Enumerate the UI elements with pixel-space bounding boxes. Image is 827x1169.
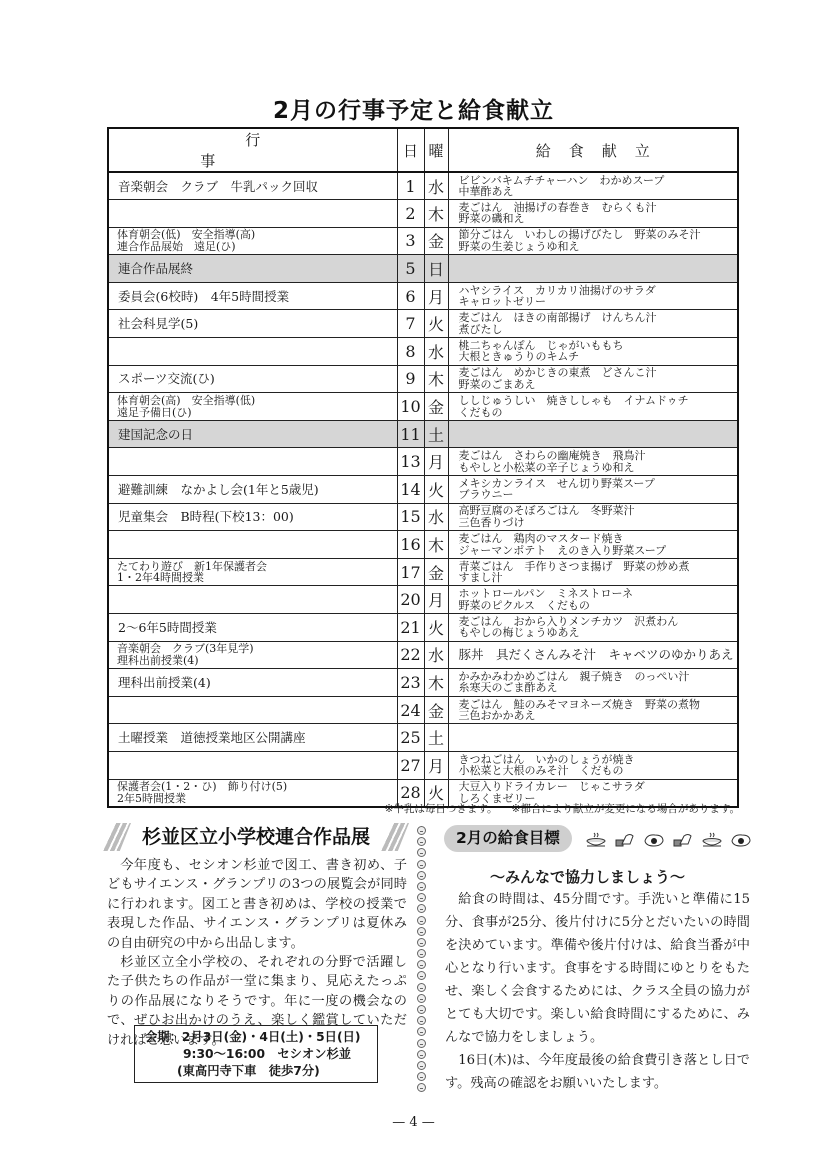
day-cell: 15 [397,503,424,531]
menu-cell: 桃二ちゃんぽん じゃがいももち大根ときゅうりのキムチ [448,338,738,366]
event-text: 2年5時間授業 [117,793,397,805]
face-icon [417,1027,426,1036]
menu-text: ブラウニー [459,489,738,501]
lunch-goal-slogan: ～みんなで協力しましょう～ [430,866,745,887]
soup-bowl-icon [701,832,723,848]
weekday-cell: 水 [424,338,448,366]
day-cell: 6 [397,282,424,310]
table-row: 13月麦ごはん さわらの幽庵焼き 飛鳥汁もやしと小松菜の辛子じょうゆ和え [108,448,738,476]
day-cell: 17 [397,558,424,586]
menu-cell: メキシカンライス せん切り野菜スープブラウニー [448,476,738,504]
weekday-cell: 日 [424,255,448,283]
table-row: 20月ホットロールパン ミネストローネ野菜のピクルス くだもの [108,586,738,614]
menu-text: 三色おかかあえ [459,710,738,722]
table-row: 避難訓練 なかよし会(1年と5歳児)14火メキシカンライス せん切り野菜スープブ… [108,476,738,504]
event-cell [108,200,397,228]
event-text: 理科出前授業(4) [117,655,397,667]
event-text: 建国記念の日 [118,428,397,441]
table-row: 2木麦ごはん 油揚げの春巻き むらくも汁野菜の磯和え [108,200,738,228]
weekday-cell: 金 [424,558,448,586]
schedule-table: 行 事 日 曜 給食献立 音楽朝会 クラブ 牛乳パック回収1水ビビンバキムチチャ… [107,127,739,808]
menu-cell: 豚丼 具だくさんみそ汁 キャベツのゆかりあえ [448,641,738,669]
day-cell: 16 [397,531,424,559]
table-row: たてわり遊び 新1年保護者会1・2年4時間授業17金青菜ごはん 手作りさつま揚げ… [108,558,738,586]
face-icon-divider [417,826,428,1095]
table-row: 24金麦ごはん 鮭のみそマヨネーズ焼き 野菜の煮物三色おかかあえ [108,696,738,724]
day-cell: 8 [397,338,424,366]
day-cell: 11 [397,420,424,448]
face-icon [417,1061,426,1070]
menu-text: すまし汁 [459,572,738,584]
lunch-goal-heading: 2月の給食目標 [444,825,754,853]
venue-dates: 会期：2月3日(金)・4日(土)・5日(日) [145,1030,361,1044]
event-text: 委員会(6校時) 4年5時間授業 [118,290,397,303]
face-icon [417,860,426,869]
day-cell: 23 [397,669,424,697]
table-row: 土曜授業 道徳授業地区公開講座25土 [108,724,738,752]
table-row: 体育朝会(高) 安全指導(低)遠足予備日(ひ)10金ししじゅうしい 焼きししゃも… [108,393,738,421]
bread-icon [614,832,636,848]
event-cell: 体育朝会(低) 安全指導(高)連合作品展始 遠足(ひ) [108,227,397,255]
weekday-cell: 月 [424,586,448,614]
menu-text: 小松菜と大根のみそ汁 くだもの [459,765,738,777]
event-cell [108,531,397,559]
face-icon [417,893,426,902]
event-cell [108,751,397,779]
event-cell [108,338,397,366]
menu-text: 野菜の生姜じょうゆ和え [459,241,738,253]
stripe-decoration-icon [103,823,131,851]
face-icon [417,826,426,835]
table-row: 社会科見学(5)7火麦ごはん ほきの南部揚げ けんちん汁煮びたし [108,310,738,338]
event-text: 保護者会(1・2・ひ) 飾り付け(5) [117,781,397,793]
event-text: 1・2年4時間授業 [117,572,397,584]
event-cell: 委員会(6校時) 4年5時間授業 [108,282,397,310]
table-row: 16木麦ごはん 鶏肉のマスタード焼きジャーマンポテト えのき入り野菜スープ [108,531,738,559]
face-icon [417,882,426,891]
weekday-cell: 火 [424,310,448,338]
schedule-body: 音楽朝会 クラブ 牛乳パック回収1水ビビンバキムチチャーハン わかめスープ中華酢… [108,172,738,807]
menu-cell: 麦ごはん 鮭のみそマヨネーズ焼き 野菜の煮物三色おかかあえ [448,696,738,724]
table-row: 児童集会 B時程(下校13：00)15水高野豆腐のそぼろごはん 冬野菜汁三色香り… [108,503,738,531]
day-cell: 3 [397,227,424,255]
exhibition-paragraph: 今年度も、セシオン杉並で図工、書き初め、子どもサイエンス・グランプリの3つの展覧… [107,856,407,953]
weekday-cell: 木 [424,531,448,559]
exhibition-title: 杉並区立小学校連合作品展 [133,822,379,852]
page-number: — 4 — [0,1115,827,1130]
table-row: 体育朝会(低) 安全指導(高)連合作品展始 遠足(ひ)3金節分ごはん いわしの揚… [108,227,738,255]
face-icon [417,871,426,880]
footnote-milk: ※牛乳は毎日つきます。 [385,803,498,815]
menu-cell: ビビンバキムチチャーハン わかめスープ中華酢あえ [448,172,738,200]
menu-cell: 青菜ごはん 手作りさつま揚げ 野菜の炒め煮すまし汁 [448,558,738,586]
menu-cell: 麦ごはん めかじきの東煮 どさんこ汁野菜のごまあえ [448,365,738,393]
exhibition-heading: 杉並区立小学校連合作品展 [103,822,403,852]
event-text: スポーツ交流(ひ) [118,372,397,385]
menu-cell [448,724,738,752]
menu-cell: ハヤシライス カリカリ油揚げのサラダキャロットゼリー [448,282,738,310]
menu-text: 豚丼 具だくさんみそ汁 キャベツのゆかりあえ [459,649,738,661]
face-icon [417,927,426,936]
day-cell: 14 [397,476,424,504]
event-cell: 保護者会(1・2・ひ) 飾り付け(5)2年5時間授業 [108,779,397,807]
day-cell: 21 [397,614,424,642]
face-icon [417,1039,426,1048]
stripe-decoration-icon [381,823,409,851]
menu-text: キャロットゼリー [459,296,738,308]
face-icon [417,949,426,958]
event-text: 土曜授業 道徳授業地区公開講座 [118,731,397,744]
event-text: 2～6年5時間授業 [118,621,397,634]
event-cell: 建国記念の日 [108,420,397,448]
table-row: 建国記念の日11土 [108,420,738,448]
menu-text: 麦ごはん さわらの幽庵焼き 飛鳥汁 [459,450,738,462]
table-row: 連合作品展終5日 [108,255,738,283]
menu-text: もやしの梅じょうゆあえ [459,627,738,639]
event-cell [108,448,397,476]
menu-cell: 麦ごはん ほきの南部揚げ けんちん汁煮びたし [448,310,738,338]
lunch-goal-paragraph: 16日(木)は、今年度最後の給食費引き落とし日です。残高の確認をお願いいたします… [445,1049,750,1095]
day-cell: 1 [397,172,424,200]
weekday-cell: 水 [424,172,448,200]
table-row: スポーツ交流(ひ)9木麦ごはん めかじきの東煮 どさんこ汁野菜のごまあえ [108,365,738,393]
menu-cell: かみかみわかめごはん 親子焼き のっぺい汁糸寒天のごま酢あえ [448,669,738,697]
day-cell: 7 [397,310,424,338]
face-icon [417,848,426,857]
fried-egg-icon [730,832,752,848]
day-cell: 2 [397,200,424,228]
footnote-menu-change: ※都合により献立が変更になる場合があります。 [512,803,740,815]
event-text: 児童集会 B時程(下校13：00) [118,510,397,523]
lunch-goal-title: 2月の給食目標 [444,825,572,852]
soup-bowl-icon [585,832,607,848]
page-title: 2月の行事予定と給食献立 [0,92,827,125]
event-cell: 体育朝会(高) 安全指導(低)遠足予備日(ひ) [108,393,397,421]
event-cell: 土曜授業 道徳授業地区公開講座 [108,724,397,752]
weekday-cell: 木 [424,365,448,393]
table-row: 音楽朝会 クラブ 牛乳パック回収1水ビビンバキムチチャーハン わかめスープ中華酢… [108,172,738,200]
face-icon [417,983,426,992]
menu-cell: ホットロールパン ミネストローネ野菜のピクルス くだもの [448,586,738,614]
footnotes: ※牛乳は毎日つきます。※都合により献立が変更になる場合があります。 [385,801,740,816]
event-cell: 2～6年5時間授業 [108,614,397,642]
menu-text: ししじゅうしい 焼きししゃも イナムドゥチ [459,395,738,407]
weekday-cell: 火 [424,476,448,504]
event-cell: 児童集会 B時程(下校13：00) [108,503,397,531]
day-cell: 10 [397,393,424,421]
face-icon [417,960,426,969]
menu-cell: 麦ごはん おから入りメンチカツ 沢煮わんもやしの梅じょうゆあえ [448,614,738,642]
lunch-goal-body: 給食の時間は、45分間です。手洗いと準備に15分、食事が25分、後片付けに5分と… [445,888,750,1095]
event-text: 連合作品展始 遠足(ひ) [117,241,397,253]
table-row: 音楽朝会 クラブ(3年見学)理科出前授業(4)22水豚丼 具だくさんみそ汁 キャ… [108,641,738,669]
event-cell: たてわり遊び 新1年保護者会1・2年4時間授業 [108,558,397,586]
event-cell: スポーツ交流(ひ) [108,365,397,393]
face-icon [417,971,426,980]
menu-cell: きつねごはん いかのしょうが焼き小松菜と大根のみそ汁 くだもの [448,751,738,779]
event-cell: 音楽朝会 クラブ(3年見学)理科出前授業(4) [108,641,397,669]
weekday-cell: 木 [424,669,448,697]
table-header-row: 行 事 日 曜 給食献立 [108,128,738,172]
weekday-cell: 月 [424,448,448,476]
menu-text: 三色香りづけ [459,517,738,529]
lunch-goal-paragraph: 給食の時間は、45分間です。手洗いと準備に15分、食事が25分、後片付けに5分と… [445,888,750,1049]
venue-access: (東高円寺下車 徒歩7分) [145,1063,377,1080]
face-icon [417,1083,426,1092]
weekday-cell: 月 [424,751,448,779]
event-cell: 理科出前授業(4) [108,669,397,697]
table-row: 27月きつねごはん いかのしょうが焼き小松菜と大根のみそ汁 くだもの [108,751,738,779]
menu-text: 糸寒天のごま酢あえ [459,682,738,694]
day-cell: 13 [397,448,424,476]
menu-text: 野菜のピクルス くだもの [459,600,738,612]
weekday-cell: 火 [424,614,448,642]
face-icon [417,994,426,1003]
day-cell: 25 [397,724,424,752]
fried-egg-icon [643,832,665,848]
day-cell: 20 [397,586,424,614]
weekday-cell: 金 [424,227,448,255]
event-text: 体育朝会(高) 安全指導(低) [117,395,397,407]
menu-text: 野菜のごまあえ [459,379,738,391]
menu-text: ジャーマンポテト えのき入り野菜スープ [459,545,738,557]
face-icon [417,1016,426,1025]
face-icon [417,938,426,947]
face-icon [417,1072,426,1081]
event-text: 理科出前授業(4) [118,676,397,689]
bread-icon [672,832,694,848]
weekday-cell: 金 [424,393,448,421]
weekday-cell: 金 [424,696,448,724]
header-event: 行 事 [108,128,397,172]
menu-text: くだもの [459,407,738,419]
menu-text: 煮びたし [459,324,738,336]
venue-hours-place: 9:30～16:00 セシオン杉並 [145,1046,377,1063]
weekday-cell: 水 [424,503,448,531]
menu-text: もやしと小松菜の辛子じょうゆ和え [459,462,738,474]
event-cell [108,586,397,614]
exhibition-body: 今年度も、セシオン杉並で図工、書き初め、子どもサイエンス・グランプリの3つの展覧… [107,856,407,1050]
face-icon [417,837,426,846]
weekday-cell: 木 [424,200,448,228]
day-cell: 5 [397,255,424,283]
menu-text: 大豆入りドライカレー じゃこサラダ [459,781,738,793]
food-icons [585,829,754,848]
menu-cell: 節分ごはん いわしの揚げびたし 野菜のみそ汁野菜の生姜じょうゆ和え [448,227,738,255]
menu-cell: 麦ごはん 油揚げの春巻き むらくも汁野菜の磯和え [448,200,738,228]
day-cell: 22 [397,641,424,669]
table-row: 委員会(6校時) 4年5時間授業6月ハヤシライス カリカリ油揚げのサラダキャロッ… [108,282,738,310]
event-text: 連合作品展終 [118,262,397,275]
menu-text: ホットロールパン ミネストローネ [459,588,738,600]
menu-text: 麦ごはん 鶏肉のマスタード焼き [459,533,738,545]
table-row: 理科出前授業(4)23木かみかみわかめごはん 親子焼き のっぺい汁糸寒天のごま酢… [108,669,738,697]
event-cell: 連合作品展終 [108,255,397,283]
event-text: 避難訓練 なかよし会(1年と5歳児) [118,483,397,496]
event-cell: 社会科見学(5) [108,310,397,338]
header-menu: 給食献立 [448,128,738,172]
menu-text: 中華酢あえ [459,186,738,198]
event-text: 社会科見学(5) [118,317,397,330]
menu-cell [448,420,738,448]
face-icon [417,1005,426,1014]
menu-text: 大根ときゅうりのキムチ [459,351,738,363]
weekday-cell: 土 [424,420,448,448]
table-row: 2～6年5時間授業21火麦ごはん おから入りメンチカツ 沢煮わんもやしの梅じょう… [108,614,738,642]
menu-cell [448,255,738,283]
face-icon [417,916,426,925]
day-cell: 27 [397,751,424,779]
event-text: 音楽朝会 クラブ 牛乳パック回収 [118,180,397,193]
event-cell: 避難訓練 なかよし会(1年と5歳児) [108,476,397,504]
face-icon [417,904,426,913]
menu-cell: 高野豆腐のそぼろごはん 冬野菜汁三色香りづけ [448,503,738,531]
menu-cell: 麦ごはん さわらの幽庵焼き 飛鳥汁もやしと小松菜の辛子じょうゆ和え [448,448,738,476]
venue-box: 会期：2月3日(金)・4日(土)・5日(日) 9:30～16:00 セシオン杉並… [134,1025,378,1083]
event-cell: 音楽朝会 クラブ 牛乳パック回収 [108,172,397,200]
event-cell [108,696,397,724]
day-cell: 9 [397,365,424,393]
face-icon [417,1050,426,1059]
day-cell: 24 [397,696,424,724]
menu-text: 野菜の磯和え [459,213,738,225]
menu-cell: 麦ごはん 鶏肉のマスタード焼きジャーマンポテト えのき入り野菜スープ [448,531,738,559]
weekday-cell: 月 [424,282,448,310]
weekday-cell: 土 [424,724,448,752]
table-row: 8水桃二ちゃんぽん じゃがいももち大根ときゅうりのキムチ [108,338,738,366]
event-text: 遠足予備日(ひ) [117,407,397,419]
menu-cell: ししじゅうしい 焼きししゃも イナムドゥチくだもの [448,393,738,421]
weekday-cell: 水 [424,641,448,669]
